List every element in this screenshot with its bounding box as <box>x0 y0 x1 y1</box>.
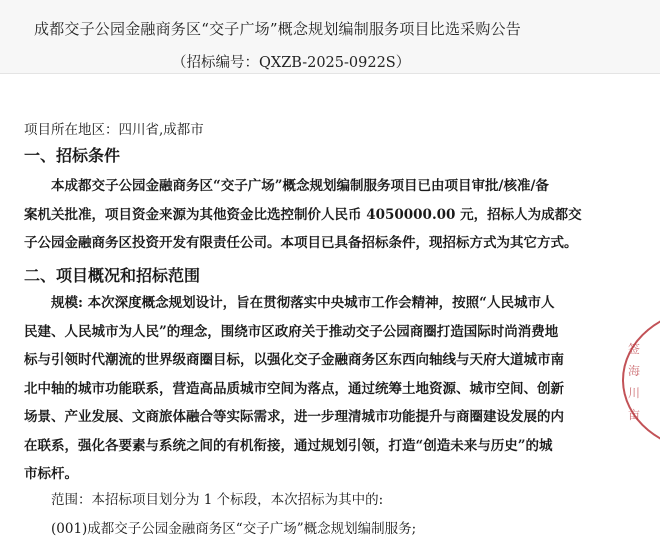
document-header: 成都交子公园金融商务区“交子广场”概念规划编制服务项目比选采购公告 （招标编号：… <box>0 0 660 74</box>
paragraph-line: 本成都交子公园金融商务区“交子广场”概念规划编制服务项目已由项目审批/核准/备 <box>24 172 534 201</box>
paragraph-line: 案机关批准，项目资金来源为其他资金比选控制价人民币 4050000.00 元，招… <box>24 201 534 230</box>
paragraph-line: 在联系，强化各要素与系统之间的有机衔接，通过规划引领，打造“创造未来与历史”的城 <box>24 432 534 461</box>
scope-item: (001)成都交子公园金融商务区“交子广场”概念规划编制服务; <box>51 517 416 537</box>
paragraph-line: 民建、人民城市为人民”的理念，围绕市区政府关于推动交子公园商圈打造国际时尚消费地 <box>24 318 534 347</box>
section-1-paragraph: 本成都交子公园金融商务区“交子广场”概念规划编制服务项目已由项目审批/核准/备 … <box>24 172 534 258</box>
project-location: 项目所在地区：四川省,成都市 <box>24 118 204 138</box>
paragraph-line: 北中轴的城市功能联系，营造高品质城市空间为落点，通过统筹土地资源、城市空间、创新 <box>24 375 534 404</box>
stamp-text: 签 海 川 亩 <box>628 338 646 426</box>
paragraph-line: 标与引领时代潮流的世界级商圈目标，以强化交子金融商务区东西向轴线与天府大道城市南 <box>24 346 534 375</box>
section-heading-project-overview: 二、项目概况和招标范围 <box>24 263 200 286</box>
scope-text: 范围：本招标项目划分为 1 个标段，本次招标为其中的: <box>51 488 383 508</box>
paragraph-line: 市标杆。 <box>24 460 534 489</box>
paragraph-line: 子公园金融商务区投资开发有限责任公司。本项目已具备招标条件，现招标方式为其它方式… <box>24 229 534 258</box>
section-2-paragraph: 规模: 本次深度概念规划设计，旨在贯彻落实中央城市工作会精神，按照“人民城市人 … <box>24 289 534 489</box>
paragraph-line: 场景、产业发展、文商旅体融合等实际需求，进一步理清城市功能提升与商圈建设发展的内 <box>24 403 534 432</box>
section-heading-tender-conditions: 一、招标条件 <box>24 143 120 166</box>
paragraph-line: 规模: 本次深度概念规划设计，旨在贯彻落实中央城市工作会精神，按照“人民城市人 <box>24 289 534 318</box>
tender-number: （招标编号：QXZB-2025-0922S） <box>172 51 410 72</box>
document-title: 成都交子公园金融商务区“交子广场”概念规划编制服务项目比选采购公告 <box>34 18 521 39</box>
